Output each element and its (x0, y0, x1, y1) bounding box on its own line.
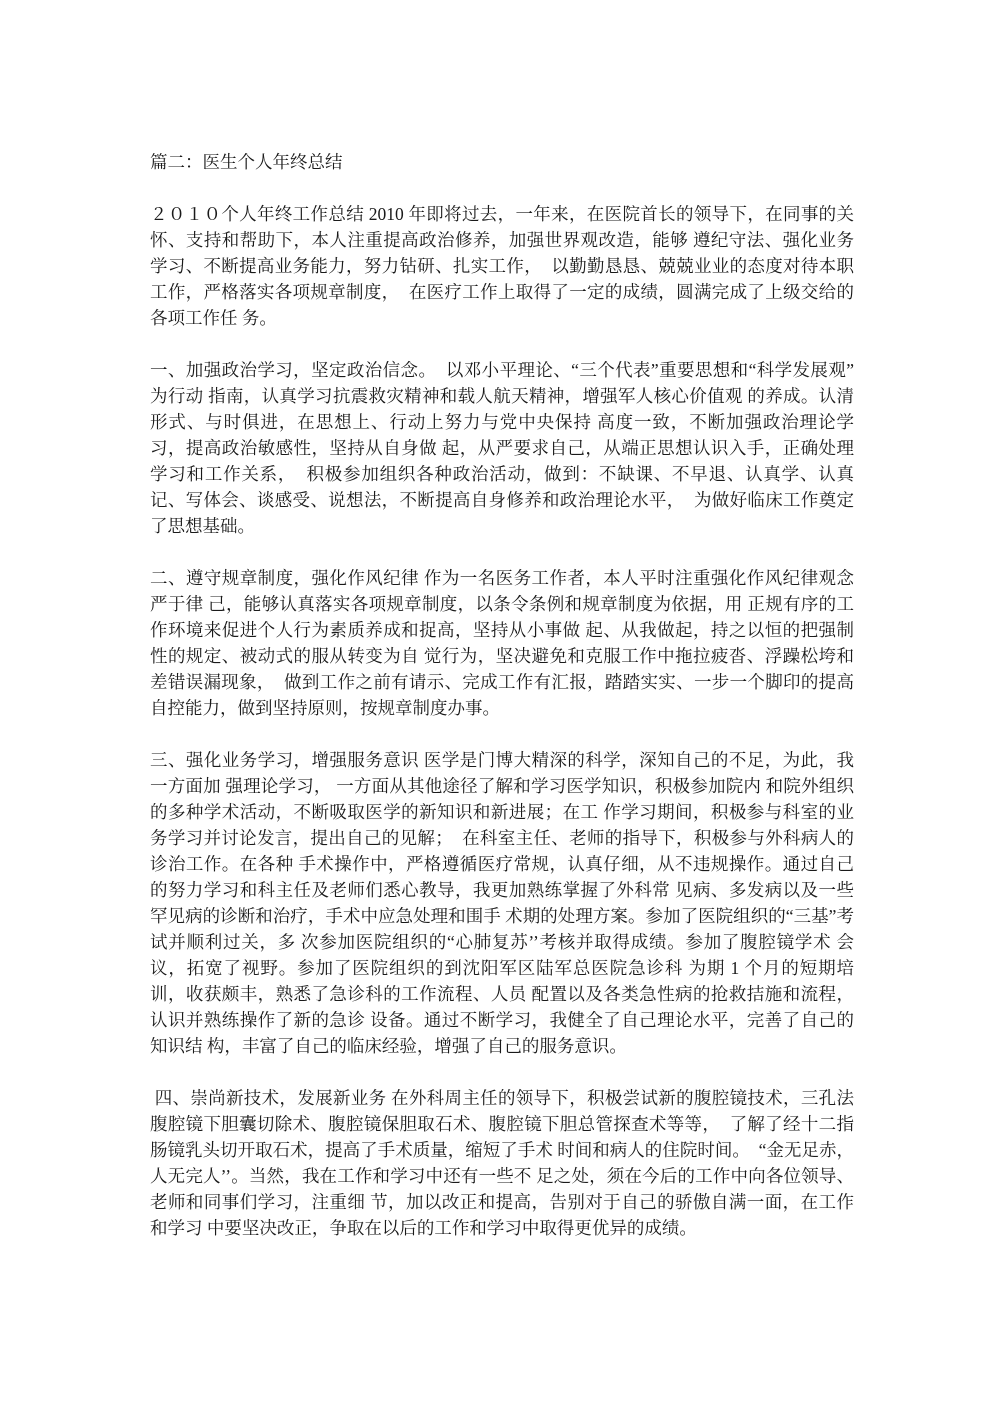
paragraph-section-3: 三、强化业务学习，增强服务意识 医学是门博大精深的科学，深知自己的不足，为此，我… (150, 747, 854, 1059)
document-heading: 篇二：医生个人年终总结 (150, 149, 854, 175)
document-page: 篇二：医生个人年终总结 ２０１０个人年终工作总结 2010 年即将过去，一年来，… (0, 0, 1000, 1415)
paragraph-intro: ２０１０个人年终工作总结 2010 年即将过去，一年来，在医院首长的领导下，在同… (150, 201, 854, 331)
paragraph-section-4: 四、崇尚新技术，发展新业务 在外科周主任的领导下，积极尝试新的腹腔镜技术，三孔法… (150, 1085, 854, 1241)
paragraph-section-2: 二、遵守规章制度，强化作风纪律 作为一名医务工作者，本人平时注重强化作风纪律观念… (150, 565, 854, 721)
paragraph-section-1: 一、加强政治学习，坚定政治信念。 以邓小平理论、“三个代表”重要思想和“科学发展… (150, 357, 854, 539)
